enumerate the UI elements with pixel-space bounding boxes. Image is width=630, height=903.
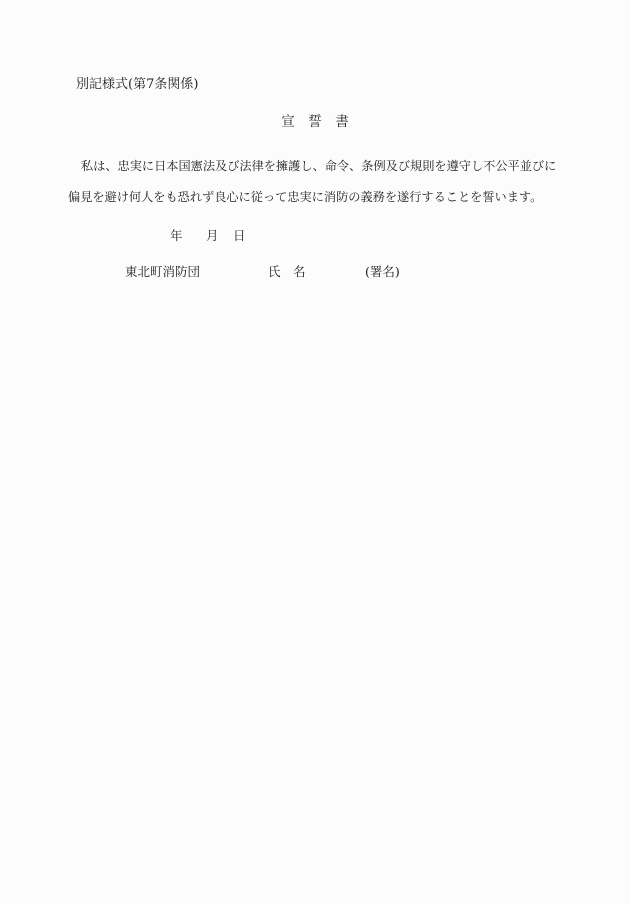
organization-label: 東北町消防団 <box>125 265 200 279</box>
form-reference-label: 別記様式(第7条関係) <box>76 78 198 92</box>
date-line: 年 月 日 <box>0 229 630 245</box>
signature-note: (署名) <box>365 265 400 279</box>
signature-line: 東北町消防団 氏 名 (署名) <box>0 265 630 281</box>
date-year-label: 年 <box>170 229 183 243</box>
document-title: 宣 誓 書 <box>0 115 630 130</box>
oath-body-line-2: 偏見を避け何人をも恐れず良心に従って忠実に消防の義務を遂行することを誓います。 <box>68 190 542 205</box>
date-month-label: 月 <box>206 229 219 243</box>
oath-body-line-1: 私は、忠実に日本国憲法及び法律を擁護し、命令、条例及び規則を遵守し不公平並びに <box>68 159 556 174</box>
name-label: 氏 名 <box>268 265 306 279</box>
date-day-label: 日 <box>233 229 246 243</box>
document-page: 別記様式(第7条関係) 宣 誓 書 私は、忠実に日本国憲法及び法律を擁護し、命令… <box>0 0 630 903</box>
